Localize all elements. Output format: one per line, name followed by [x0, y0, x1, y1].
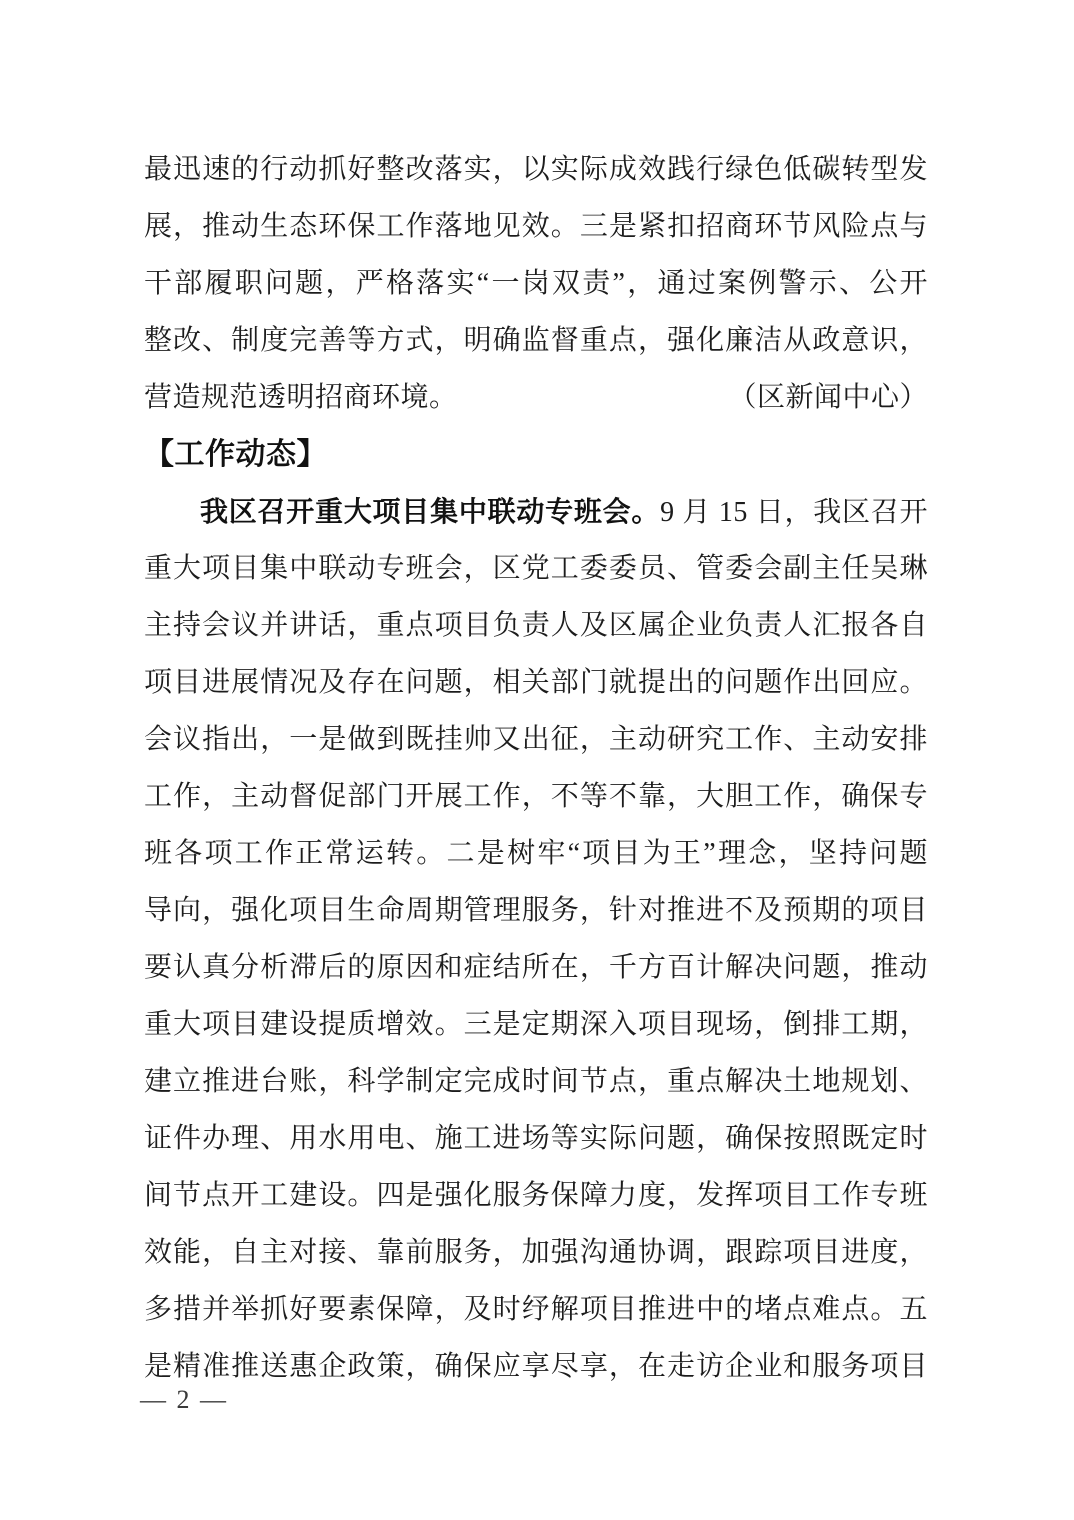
- text-line: 展，推动生态环保工作落地见效。三是紧扣招商环节风险点与: [144, 198, 928, 255]
- text-line: 效能，自主对接、靠前服务，加强沟通协调，跟踪项目进度，: [144, 1224, 928, 1281]
- text-line: 是精准推送惠企政策，确保应享尽享，在走访企业和服务项目: [144, 1338, 928, 1395]
- document-page: 最迅速的行动抓好整改落实，以实际成效践行绿色低碳转型发展，推动生态环保工作落地见…: [0, 0, 1074, 1520]
- text-line: 多措并举抓好要素保障，及时纾解项目推进中的堵点难点。五: [144, 1281, 928, 1338]
- emphasis-text: 【工作动态】: [144, 438, 327, 471]
- paragraph-text: 要认真分析滞后的原因和症结所在，千方百计解决问题，推动: [144, 952, 928, 983]
- text-line: 工作，主动督促部门开展工作，不等不靠，大胆工作，确保专: [144, 768, 928, 825]
- paragraph-text: 营造规范透明招商环境。: [144, 369, 458, 426]
- text-line: 重大项目建设提质增效。三是定期深入项目现场，倒排工期，: [144, 996, 928, 1053]
- text-line: 会议指出，一是做到既挂帅又出征，主动研究工作、主动安排: [144, 711, 928, 768]
- text-line: 最迅速的行动抓好整改落实，以实际成效践行绿色低碳转型发: [144, 141, 928, 198]
- emphasis-text: 我区召开重大项目集中联动专班会。: [200, 496, 660, 527]
- text-line: 导向，强化项目生命周期管理服务，针对推进不及预期的项目: [144, 882, 928, 939]
- page-footer: — 2 —: [140, 1384, 228, 1416]
- text-line: 干部履职问题，严格落实“一岗双责”，通过案例警示、公开: [144, 255, 928, 312]
- paragraph-text: 会议指出，一是做到既挂帅又出征，主动研究工作、主动安排: [144, 724, 928, 755]
- paragraph-text: 重大项目建设提质增效。三是定期深入项目现场，倒排工期，: [144, 1009, 928, 1040]
- paragraph-text: 工作，主动督促部门开展工作，不等不靠，大胆工作，确保专: [144, 781, 928, 812]
- text-line: 项目进展情况及存在问题，相关部门就提出的问题作出回应。: [144, 654, 928, 711]
- paragraph-text: 是精准推送惠企政策，确保应享尽享，在走访企业和服务项目: [144, 1351, 928, 1382]
- paragraph-text: 整改、制度完善等方式，明确监督重点，强化廉洁从政意识，: [144, 325, 928, 356]
- text-line: 整改、制度完善等方式，明确监督重点，强化廉洁从政意识，: [144, 312, 928, 369]
- text-line: 间节点开工建设。四是强化服务保障力度，发挥项目工作专班: [144, 1167, 928, 1224]
- paragraph-text: 间节点开工建设。四是强化服务保障力度，发挥项目工作专班: [144, 1180, 928, 1211]
- paragraph-text: 主持会议并讲话，重点项目负责人及区属企业负责人汇报各自: [144, 610, 928, 641]
- paragraph-text: 干部履职问题，严格落实“一岗双责”，通过案例警示、公开: [144, 268, 928, 299]
- paragraph-text: 展，推动生态环保工作落地见效。三是紧扣招商环节风险点与: [144, 211, 928, 242]
- paragraph-text: 项目进展情况及存在问题，相关部门就提出的问题作出回应。: [144, 667, 928, 698]
- paragraph-text: 建立推进台账，科学制定完成时间节点，重点解决土地规划、: [144, 1066, 928, 1097]
- paragraph-text: 证件办理、用水用电、施工进场等实际问题，确保按照既定时: [144, 1123, 928, 1154]
- text-line: 主持会议并讲话，重点项目负责人及区属企业负责人汇报各自: [144, 597, 928, 654]
- paragraph-text: 重大项目集中联动专班会，区党工委委员、管委会副主任吴琳: [144, 553, 928, 584]
- text-line: 我区召开重大项目集中联动专班会。9 月 15 日，我区召开: [144, 483, 928, 540]
- text-line: 重大项目集中联动专班会，区党工委委员、管委会副主任吴琳: [144, 540, 928, 597]
- text-line: 建立推进台账，科学制定完成时间节点，重点解决土地规划、: [144, 1053, 928, 1110]
- paragraph-text: 最迅速的行动抓好整改落实，以实际成效践行绿色低碳转型发: [144, 154, 928, 185]
- paragraph-text: 导向，强化项目生命周期管理服务，针对推进不及预期的项目: [144, 895, 928, 926]
- text-line: 证件办理、用水用电、施工进场等实际问题，确保按照既定时: [144, 1110, 928, 1167]
- attribution: （区新闻中心）: [728, 369, 928, 426]
- paragraph-text: 多措并举抓好要素保障，及时纾解项目推进中的堵点难点。五: [144, 1294, 928, 1325]
- paragraph-text: 班各项工作正常运转。二是树牢“项目为王”理念，坚持问题: [144, 838, 928, 869]
- text-line: 要认真分析滞后的原因和症结所在，千方百计解决问题，推动: [144, 939, 928, 996]
- document-body: 最迅速的行动抓好整改落实，以实际成效践行绿色低碳转型发展，推动生态环保工作落地见…: [144, 141, 928, 1395]
- text-line: 班各项工作正常运转。二是树牢“项目为王”理念，坚持问题: [144, 825, 928, 882]
- paragraph-text: 9 月 15 日，我区召开: [660, 497, 928, 528]
- paragraph-text: 效能，自主对接、靠前服务，加强沟通协调，跟踪项目进度，: [144, 1237, 928, 1268]
- text-line: 营造规范透明招商环境。（区新闻中心）: [144, 369, 928, 426]
- section-heading: 【工作动态】: [144, 426, 928, 483]
- page-number: — 2 —: [140, 1385, 228, 1414]
